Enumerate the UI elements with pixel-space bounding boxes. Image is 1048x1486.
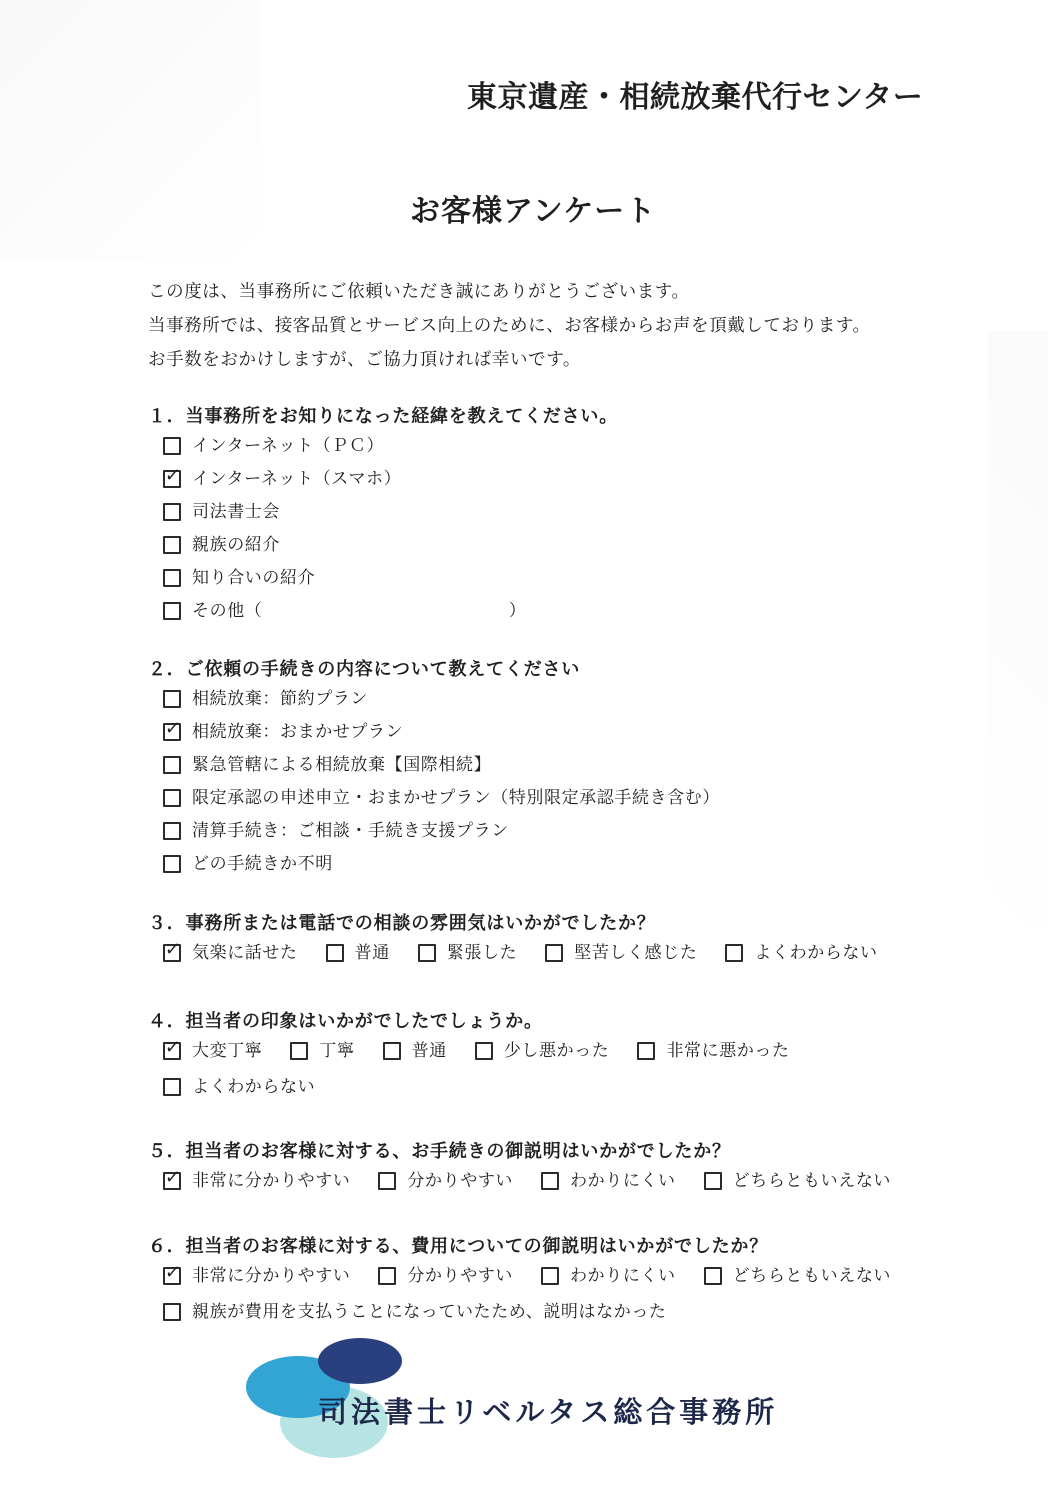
option-row: 非常に分かりやすい分かりやすいわかりにくいどちらともいえない [148,1170,988,1195]
survey-option: 少し悪かった [475,1040,610,1062]
option-label: 分かりやすい [407,1265,513,1287]
option-row: 相続放棄：節約プラン [148,688,988,710]
option-label: 相続放棄：節約プラン [192,688,368,710]
scan-artifact [988,330,1048,930]
question-heading: ６．担当者のお客様に対する、費用についての御説明はいかがでしたか？ [148,1233,988,1259]
checkbox-checked-icon[interactable] [163,470,181,488]
survey-option: 気楽に話せた [163,942,298,964]
survey-option: 非常に悪かった [637,1040,789,1062]
survey-option: 大変丁寧 [163,1040,262,1062]
checkbox-checked-icon[interactable] [163,1042,181,1060]
survey-option: どちらともいえない [704,1265,891,1287]
logo-ellipse-cyan [280,1386,388,1458]
option-row: 知り合いの紹介 [148,567,988,589]
option-row: 緊急管轄による相続放棄【国際相続】 [148,754,988,776]
checkbox-icon[interactable] [545,944,563,962]
option-row: 大変丁寧丁寧普通少し悪かった非常に悪かった [148,1040,988,1065]
page-title: お客様アンケート [410,186,656,230]
survey-option: 非常に分かりやすい [163,1265,350,1287]
survey-option: 清算手続き：ご相談・手続き支援プラン [163,820,509,842]
option-label: 緊張した [447,942,517,964]
scan-artifact [0,0,260,260]
survey-option: 緊張した [418,942,517,964]
checkbox-icon[interactable] [725,944,743,962]
question-heading: ２．ご依頼の手続きの内容について教えてください [148,656,988,682]
option-row: 非常に分かりやすい分かりやすいわかりにくいどちらともいえない [148,1265,988,1290]
survey-option: わかりにくい [541,1170,676,1192]
checkbox-icon[interactable] [541,1172,559,1190]
option-label: 相続放棄：おまかせプラン [192,721,403,743]
survey-option: 限定承認の申述申立・おまかせプラン（特別限定承認手続き含む） [163,787,720,809]
logo-ellipse-blue [246,1356,350,1418]
question-heading: １．当事務所をお知りになった経緯を教えてください。 [148,403,988,429]
checkbox-icon[interactable] [326,944,344,962]
option-row: その他（ ） [148,600,988,622]
option-row: よくわからない [148,1076,988,1101]
checkbox-checked-icon[interactable] [163,944,181,962]
question-block: ６．担当者のお客様に対する、費用についての御説明はいかがでしたか？非常に分かりや… [148,1233,988,1337]
survey-option: 分かりやすい [378,1265,513,1287]
option-label: インターネット（ＰＣ） [192,435,384,457]
checkbox-icon[interactable] [378,1172,396,1190]
option-row: インターネット（スマホ） [148,468,988,490]
survey-option: その他（ ） [163,600,526,622]
question-heading: ３．事務所または電話での相談の雰囲気はいかがでしたか？ [148,910,988,936]
option-label: 丁寧 [319,1040,354,1062]
survey-option: 非常に分かりやすい [163,1170,350,1192]
checkbox-icon[interactable] [163,822,181,840]
option-label: わかりにくい [570,1170,676,1192]
option-label: 少し悪かった [504,1040,610,1062]
question-heading: ５．担当者のお客様に対する、お手続きの御説明はいかがでしたか？ [148,1138,988,1164]
option-row: どの手続きか不明 [148,853,988,875]
option-row: インターネット（ＰＣ） [148,435,988,457]
option-label: 清算手続き：ご相談・手続き支援プラン [192,820,509,842]
question-block: １．当事務所をお知りになった経緯を教えてください。インターネット（ＰＣ）インター… [148,403,988,633]
survey-option: 丁寧 [290,1040,354,1062]
option-label: 非常に分かりやすい [192,1265,350,1287]
option-row: 司法書士会 [148,501,988,523]
survey-page: 東京遺産・相続放棄代行センター お客様アンケート この度は、当事務所にご依頼いた… [0,0,1048,1486]
option-label: 非常に悪かった [666,1040,789,1062]
survey-option: 親族が費用を支払うことになっていたため、説明はなかった [163,1301,667,1323]
option-label: 普通 [412,1040,447,1062]
option-label: 知り合いの紹介 [192,567,315,589]
survey-option: インターネット（ＰＣ） [163,435,384,457]
option-label: 非常に分かりやすい [192,1170,350,1192]
survey-option: 堅苦しく感じた [545,942,697,964]
option-label: その他（ ） [192,600,526,622]
checkbox-icon[interactable] [378,1267,396,1285]
checkbox-checked-icon[interactable] [163,1172,181,1190]
question-block: ４．担当者の印象はいかがでしたでしょうか。大変丁寧丁寧普通少し悪かった非常に悪か… [148,1008,988,1112]
option-row: 親族が費用を支払うことになっていたため、説明はなかった [148,1301,988,1326]
survey-option: 相続放棄：おまかせプラン [163,721,403,743]
option-label: どの手続きか不明 [192,853,333,875]
checkbox-icon[interactable] [704,1172,722,1190]
survey-option: 分かりやすい [378,1170,513,1192]
option-row: 限定承認の申述申立・おまかせプラン（特別限定承認手続き含む） [148,787,988,809]
option-row: 相続放棄：おまかせプラン [148,721,988,743]
checkbox-icon[interactable] [163,690,181,708]
checkbox-icon[interactable] [637,1042,655,1060]
checkbox-icon[interactable] [163,789,181,807]
checkbox-icon[interactable] [163,756,181,774]
survey-option: よくわからない [163,1076,315,1098]
option-label: 分かりやすい [407,1170,513,1192]
checkbox-icon[interactable] [163,503,181,521]
survey-option: 緊急管轄による相続放棄【国際相続】 [163,754,491,776]
checkbox-icon[interactable] [163,855,181,873]
checkbox-icon[interactable] [163,1078,181,1096]
question-block: ３．事務所または電話での相談の雰囲気はいかがでしたか？気楽に話せた普通緊張した堅… [148,910,988,978]
survey-option: 普通 [383,1040,447,1062]
option-label: よくわからない [754,942,877,964]
survey-option: どの手続きか不明 [163,853,333,875]
survey-option: 普通 [326,942,390,964]
logo-ellipse-navy [318,1338,402,1384]
option-label: 親族の紹介 [192,534,280,556]
option-row: 清算手続き：ご相談・手続き支援プラン [148,820,988,842]
checkbox-icon[interactable] [704,1267,722,1285]
checkbox-icon[interactable] [383,1042,401,1060]
option-label: 大変丁寧 [192,1040,262,1062]
checkbox-icon[interactable] [163,437,181,455]
option-label: どちらともいえない [733,1265,891,1287]
option-label: 限定承認の申述申立・おまかせプラン（特別限定承認手続き含む） [192,787,720,809]
checkbox-icon[interactable] [475,1042,493,1060]
survey-option: よくわからない [725,942,877,964]
option-label: よくわからない [192,1076,315,1098]
question-block: ２．ご依頼の手続きの内容について教えてください相続放棄：節約プラン相続放棄：おま… [148,656,988,886]
intro-line: 当事務所では、接客品質とサービス向上のために、お客様からお声を頂戴しております。 [148,308,908,342]
survey-option: 知り合いの紹介 [163,567,315,589]
option-row: 親族の紹介 [148,534,988,556]
checkbox-checked-icon[interactable] [163,723,181,741]
intro-line: お手数をおかけしますが、ご協力頂ければ幸いです。 [148,342,908,376]
option-label: 司法書士会 [192,501,280,523]
option-label: 堅苦しく感じた [574,942,697,964]
checkbox-icon[interactable] [418,944,436,962]
survey-option: 司法書士会 [163,501,280,523]
checkbox-icon[interactable] [290,1042,308,1060]
checkbox-icon[interactable] [163,1303,181,1321]
option-label: 普通 [355,942,390,964]
logo-text: 司法書士リベルタス総合事務所 [318,1390,778,1431]
option-label: インターネット（スマホ） [192,468,401,490]
survey-option: どちらともいえない [704,1170,891,1192]
option-label: どちらともいえない [733,1170,891,1192]
checkbox-icon[interactable] [163,569,181,587]
option-label: 緊急管轄による相続放棄【国際相続】 [192,754,491,776]
checkbox-icon[interactable] [541,1267,559,1285]
survey-option: わかりにくい [541,1265,676,1287]
survey-option: 相続放棄：節約プラン [163,688,368,710]
intro-line: この度は、当事務所にご依頼いただき誠にありがとうございます。 [148,274,908,308]
survey-option: インターネット（スマホ） [163,468,401,490]
checkbox-checked-icon[interactable] [163,1267,181,1285]
option-label: 親族が費用を支払うことになっていたため、説明はなかった [192,1301,667,1323]
question-heading: ４．担当者の印象はいかがでしたでしょうか。 [148,1008,988,1034]
intro-paragraph: この度は、当事務所にご依頼いただき誠にありがとうございます。 当事務所では、接客… [148,274,908,376]
question-block: ５．担当者のお客様に対する、お手続きの御説明はいかがでしたか？非常に分かりやすい… [148,1138,988,1206]
checkbox-icon[interactable] [163,602,181,620]
header-title: 東京遺産・相続放棄代行センター [467,72,923,116]
option-label: 気楽に話せた [192,942,298,964]
option-label: わかりにくい [570,1265,676,1287]
option-row: 気楽に話せた普通緊張した堅苦しく感じたよくわからない [148,942,988,967]
checkbox-icon[interactable] [163,536,181,554]
survey-option: 親族の紹介 [163,534,280,556]
